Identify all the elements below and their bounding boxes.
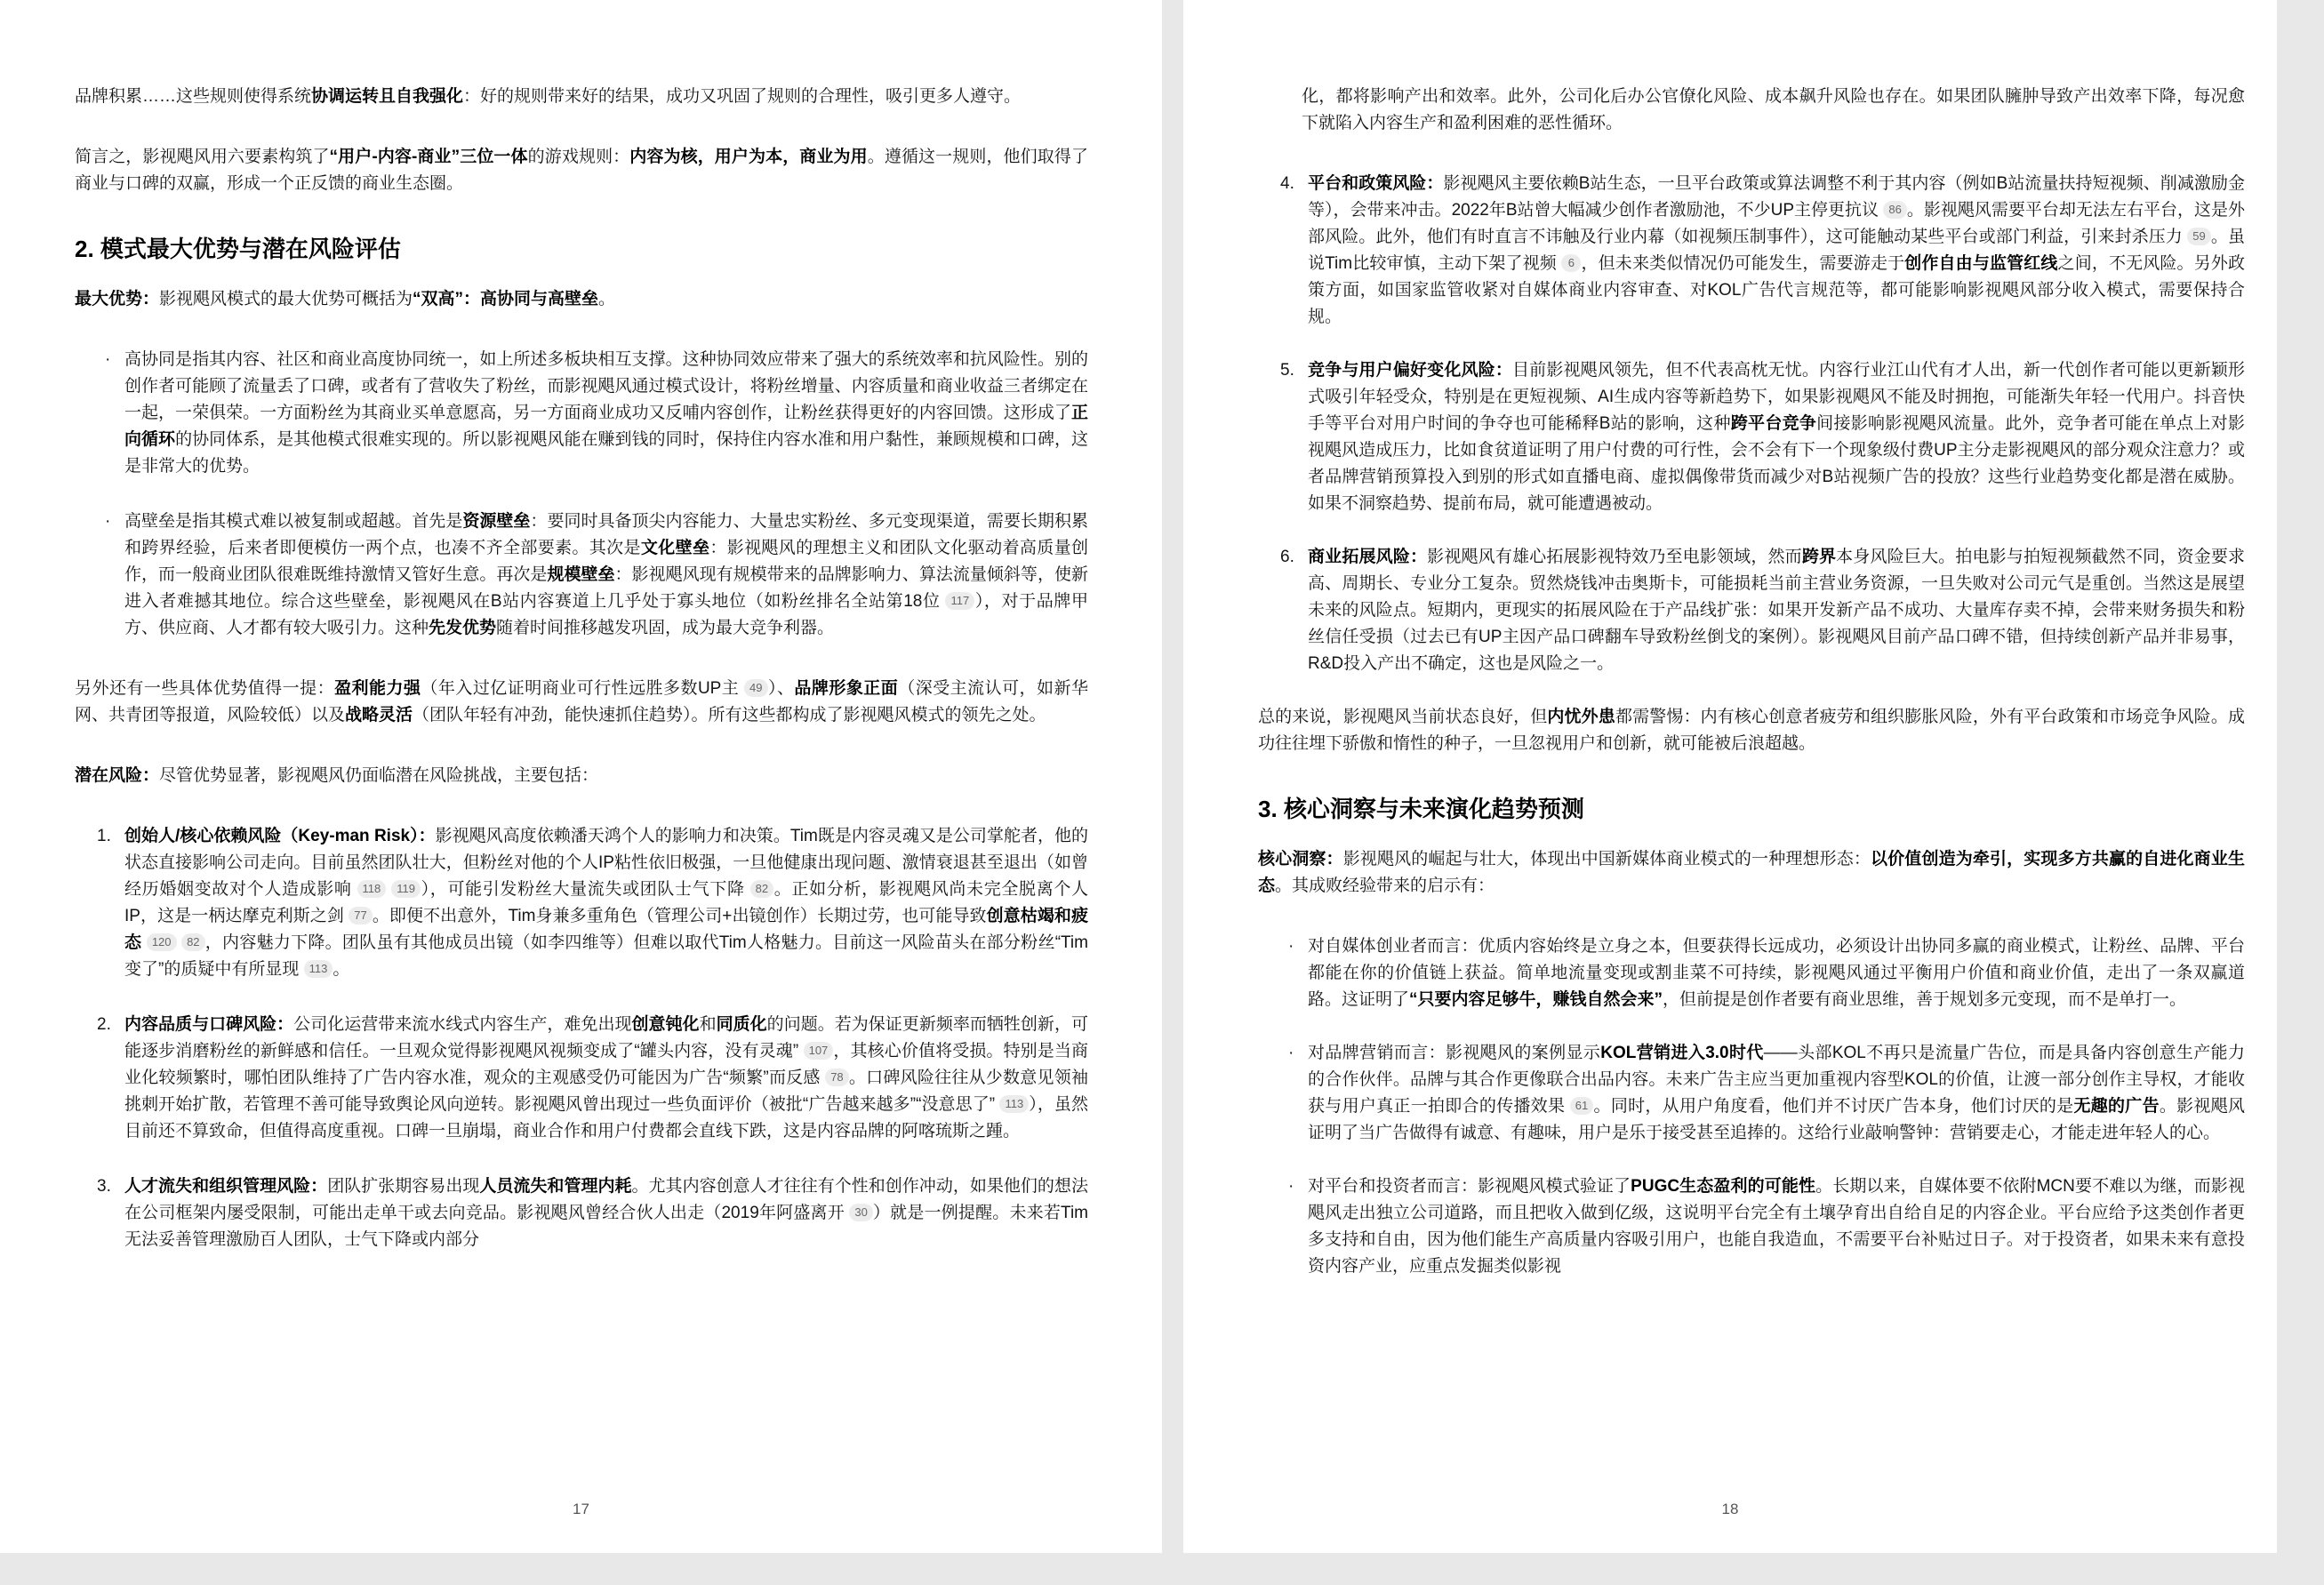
list-item: 4.平台和政策风险：影视飓风主要依赖B站生态，一旦平台政策或算法调整不利于其内容… (1258, 171, 2245, 331)
list-item: 3.人才流失和组织管理风险：团队扩张期容易出现人员流失和管理内耗。尤其内容创意人… (75, 1173, 1088, 1253)
list-item: ·对平台和投资者而言：影视飓风模式验证了PUGC生态盈利的可能性。长期以来，自媒… (1258, 1173, 2245, 1280)
citation-ref[interactable]: 6 (1561, 254, 1581, 272)
text: 。 (333, 960, 349, 979)
bold-text: 创始人/核心依赖风险（Key-man Risk）： (124, 827, 436, 845)
bold-text: 人才流失和组织管理风险： (124, 1177, 327, 1196)
citation-ref[interactable]: 117 (945, 592, 974, 610)
text: 。 (598, 290, 615, 308)
text (141, 933, 147, 952)
list-item: 6.商业拓展风险：影视飓风有雄心拓展影视特效乃至电影领域，然而跨界本身风险巨大。… (1258, 544, 2245, 677)
text: ，内容魅力下降。团队虽有其他成员出镜（如李四维等）但难以取代Tim人格魅力。目前… (124, 933, 1088, 979)
bold-text: 最大优势： (75, 290, 159, 308)
bold-text: “只要内容足够牛，赚钱自然会来” (1409, 990, 1663, 1009)
list-marker: · (105, 347, 110, 373)
citation-ref[interactable]: 120 (147, 933, 177, 951)
citation-ref[interactable]: 59 (2187, 228, 2210, 245)
text: ：好的规则带来好的结果，成功又巩固了规则的合理性，吸引更多人遵守。 (463, 87, 1021, 106)
bold-text: PUGC生态盈利的可能性 (1631, 1177, 1815, 1196)
list-item-text: 人才流失和组织管理风险：团队扩张期容易出现人员流失和管理内耗。尤其内容创意人才往… (124, 1177, 1088, 1249)
list-marker: · (1288, 1040, 1294, 1067)
text: 公司化运营带来流水线式内容生产，难免出现 (293, 1015, 631, 1034)
text: 化，都将影响产出和效率。此外，公司化后办公官僚化风险、成本飙升风险也存在。如果团… (1302, 87, 2245, 132)
bold-text: 无趣的广告 (2073, 1097, 2159, 1116)
citation-ref[interactable]: 82 (181, 933, 204, 951)
list-item-text: 创始人/核心依赖风险（Key-man Risk）：影视飓风高度依赖潘天鸿个人的影… (124, 827, 1088, 979)
list-item-text: 对自媒体创业者而言：优质内容始终是立身之本，但要获得长远成功，必须设计出协同多赢… (1308, 937, 2245, 1009)
bold-text: 跨平台竞争 (1731, 414, 1816, 433)
pdf-viewer: { "document": { "background_color": "#e8… (0, 0, 2324, 1585)
bullet-list: ·高协同是指其内容、社区和商业高度协同统一，如上所述多板块相互支撑。这种协同效应… (75, 347, 1088, 642)
text: 高协同是指其内容、社区和商业高度协同统一，如上所述多板块相互支撑。这种协同效应带… (124, 350, 1088, 422)
paragraph: 潜在风险：尽管优势显著，影视飓风仍面临潜在风险挑战，主要包括： (75, 763, 1088, 789)
paragraph-continued: 化，都将影响产出和效率。此外，公司化后办公官僚化风险、成本飙升风险也存在。如果团… (1258, 84, 2245, 137)
text: 简言之，影视飓风用六要素构筑了 (75, 148, 330, 166)
list-item: ·高协同是指其内容、社区和商业高度协同统一，如上所述多板块相互支撑。这种协同效应… (75, 347, 1088, 480)
list-marker: 3. (97, 1173, 111, 1200)
text: 的游戏规则： (528, 148, 630, 166)
text: 3. 核心洞察与未来演化趋势预测 (1258, 796, 1584, 822)
list-item-text: 对平台和投资者而言：影视飓风模式验证了PUGC生态盈利的可能性。长期以来，自媒体… (1308, 1177, 2245, 1276)
bold-text: 创意钝化 (632, 1015, 700, 1034)
text: 对品牌营销而言：影视飓风的案例显示 (1308, 1044, 1600, 1062)
bold-text: 内忧外患 (1547, 708, 1615, 726)
numbered-list: 4.平台和政策风险：影视飓风主要依赖B站生态，一旦平台政策或算法调整不利于其内容… (1258, 171, 2245, 677)
page-18-content: 化，都将影响产出和效率。此外，公司化后办公官僚化风险、成本飙升风险也存在。如果团… (1183, 0, 2277, 1488)
text: 总的来说，影视飓风当前状态良好，但 (1258, 708, 1547, 726)
text: 影视飓风模式的最大优势可概括为 (159, 290, 413, 308)
text: （年入过亿证明商业可行性远胜多数UP主 (421, 679, 744, 698)
bold-text: 核心洞察： (1258, 850, 1343, 869)
paragraph: 最大优势：影视飓风模式的最大优势可概括为“双高”：高协同与高壁垒。 (75, 286, 1088, 313)
paragraph: 品牌积累……这些规则使得系统协调运转且自我强化：好的规则带来好的结果，成功又巩固… (75, 84, 1088, 110)
text: 影视飓风的崛起与壮大，体现出中国新媒体商业模式的一种理想形态： (1343, 850, 1871, 869)
bold-text: 创作自由与监管红线 (1904, 254, 2057, 273)
text: 和 (700, 1015, 717, 1034)
citation-ref[interactable]: 82 (750, 880, 773, 898)
list-item: 2.内容品质与口碑风险：公司化运营带来流水线式内容生产，难免出现创意钝化和同质化… (75, 1012, 1088, 1145)
bold-text: 跨界 (1802, 548, 1836, 566)
text: 团队扩张期容易出现 (327, 1177, 479, 1196)
text: 随着时间推移越发巩固，成为最大竞争利器。 (496, 619, 834, 637)
text: 2. 模式最大优势与潜在风险评估 (75, 236, 401, 262)
page-17-content: 品牌积累……这些规则使得系统协调运转且自我强化：好的规则带来好的结果，成功又巩固… (0, 0, 1162, 1488)
list-marker: 6. (1280, 544, 1294, 571)
section-heading: 2. 模式最大优势与潜在风险评估 (75, 233, 1088, 265)
list-item: 5.竞争与用户偏好变化风险：目前影视飓风领先，但不代表高枕无忧。内容行业江山代有… (1258, 357, 2245, 517)
text: ），可能引发粉丝大量流失或团队士气下降 (421, 880, 750, 899)
citation-ref[interactable]: 30 (849, 1204, 872, 1221)
text: （团队年轻有冲劲，能快速抓住趋势）。所有这些都构成了影视飓风模式的领先之处。 (413, 706, 1046, 724)
paragraph: 核心洞察：影视飓风的崛起与壮大，体现出中国新媒体商业模式的一种理想形态：以价值创… (1258, 846, 2245, 900)
text: 的协同体系，是其他模式很难实现的。所以影视飓风能在赚到钱的同时，保持住内容水准和… (124, 430, 1088, 476)
bold-text: 竞争与用户偏好变化风险： (1308, 361, 1512, 380)
text: 。其成败经验带来的启示有： (1275, 877, 1495, 895)
bold-text: KOL营销进入3.0时代 (1600, 1044, 1763, 1062)
list-item-text: 平台和政策风险：影视飓风主要依赖B站生态，一旦平台政策或算法调整不利于其内容（例… (1308, 174, 2245, 326)
list-item-text: 内容品质与口碑风险：公司化运营带来流水线式内容生产，难免出现创意钝化和同质化的问… (124, 1015, 1088, 1141)
document-page-18: 化，都将影响产出和效率。此外，公司化后办公官僚化风险、成本飙升风险也存在。如果团… (1183, 0, 2277, 1553)
bold-text: 规模壁垒 (547, 565, 614, 584)
text: ，但前提是创作者要有商业思维，善于规划多元变现，而不是单打一。 (1663, 990, 2186, 1009)
citation-ref[interactable]: 107 (804, 1042, 834, 1060)
text: ，但未来类似情况仍可能发生，需要游走于 (1581, 254, 1904, 273)
text: 影视飓风有雄心拓展影视特效乃至电影领域，然而 (1427, 548, 1802, 566)
list-item-text: 商业拓展风险：影视飓风有雄心拓展影视特效乃至电影领域，然而跨界本身风险巨大。拍电… (1308, 548, 2245, 673)
numbered-list: 1.创始人/核心依赖风险（Key-man Risk）：影视飓风高度依赖潘天鸿个人… (75, 823, 1088, 1253)
bold-text: 商业拓展风险： (1308, 548, 1427, 566)
list-item: ·对自媒体创业者而言：优质内容始终是立身之本，但要获得长远成功，必须设计出协同多… (1258, 933, 2245, 1013)
text: 本身风险巨大。拍电影与拍短视频截然不同，资金要求高、周期长、专业分工复杂。贸然烧… (1308, 548, 2245, 673)
citation-ref[interactable]: 118 (357, 880, 387, 898)
paragraph: 另外还有一些具体优势值得一提：盈利能力强（年入过亿证明商业可行性远胜多数UP主 … (75, 676, 1088, 729)
bold-text: 人员流失和管理内耗 (479, 1177, 631, 1196)
text: 。即便不出意外，Tim身兼多重角色（管理公司+出镜创作）长期过劳，也可能导致 (373, 907, 987, 925)
citation-ref[interactable]: 49 (744, 679, 767, 697)
bold-text: 内容为核，用户为本，商业为用 (629, 148, 867, 166)
list-marker: 4. (1280, 171, 1294, 197)
section-heading: 3. 核心洞察与未来演化趋势预测 (1258, 793, 2245, 825)
page-number: 18 (1183, 1501, 2277, 1518)
list-item-text: 竞争与用户偏好变化风险：目前影视飓风领先，但不代表高枕无忧。内容行业江山代有才人… (1308, 361, 2245, 513)
page-number: 17 (0, 1501, 1162, 1518)
document-page-17: 品牌积累……这些规则使得系统协调运转且自我强化：好的规则带来好的结果，成功又巩固… (0, 0, 1162, 1553)
bold-text: 内容品质与口碑风险： (124, 1015, 293, 1034)
bold-text: 战略灵活 (345, 706, 413, 724)
bold-text: 平台和政策风险： (1308, 174, 1443, 193)
list-marker: 5. (1280, 357, 1294, 384)
list-item-text: 对品牌营销而言：影视飓风的案例显示KOL营销进入3.0时代——头部KOL不再只是… (1308, 1044, 2245, 1142)
citation-ref[interactable]: 86 (1883, 201, 1906, 219)
list-marker: · (1288, 933, 1294, 960)
bold-text: “用户-内容-商业”三位一体 (330, 148, 528, 166)
bold-text: 同质化 (717, 1015, 767, 1034)
text: 尽管优势显著，影视飓风仍面临潜在风险挑战，主要包括： (159, 766, 598, 785)
bold-text: 盈利能力强 (334, 679, 421, 698)
citation-ref[interactable]: 113 (304, 960, 333, 978)
text: ）、 (768, 679, 795, 698)
citation-ref[interactable]: 113 (999, 1095, 1029, 1113)
bold-text: 先发优势 (429, 619, 496, 637)
bold-text: 品牌形象正面 (794, 679, 898, 698)
paragraph: 简言之，影视飓风用六要素构筑了“用户-内容-商业”三位一体的游戏规则：内容为核，… (75, 144, 1088, 197)
citation-ref[interactable]: 77 (349, 907, 372, 925)
bold-text: “双高”：高协同与高壁垒 (413, 290, 598, 308)
text: 品牌积累……这些规则使得系统 (75, 87, 311, 106)
text: 对平台和投资者而言：影视飓风模式验证了 (1308, 1177, 1631, 1196)
list-marker: 2. (97, 1012, 111, 1038)
list-item: ·高壁垒是指其模式难以被复制或超越。首先是资源壁垒：要同时具备顶尖内容能力、大量… (75, 508, 1088, 642)
bold-text: 潜在风险： (75, 766, 159, 785)
citation-ref[interactable]: 78 (825, 1069, 848, 1086)
list-item: 1.创始人/核心依赖风险（Key-man Risk）：影视飓风高度依赖潘天鸿个人… (75, 823, 1088, 983)
text: 。同时，从用户角度看，他们并不讨厌广告本身，他们讨厌的是 (1593, 1097, 2073, 1116)
citation-ref[interactable]: 119 (391, 880, 421, 898)
list-item: ·对品牌营销而言：影视飓风的案例显示KOL营销进入3.0时代——头部KOL不再只… (1258, 1040, 2245, 1147)
list-marker: · (1288, 1173, 1294, 1200)
bullet-list: ·对自媒体创业者而言：优质内容始终是立身之本，但要获得长远成功，必须设计出协同多… (1258, 933, 2245, 1280)
paragraph: 总的来说，影视飓风当前状态良好，但内忧外患都需警惕：内有核心创意者疲劳和组织膨胀… (1258, 704, 2245, 757)
list-item-text: 高协同是指其内容、社区和商业高度协同统一，如上所述多板块相互支撑。这种协同效应带… (124, 350, 1088, 476)
text: 高壁垒是指其模式难以被复制或超越。首先是 (124, 512, 462, 531)
list-marker: 1. (97, 823, 111, 850)
list-item-text: 高壁垒是指其模式难以被复制或超越。首先是资源壁垒：要同时具备顶尖内容能力、大量忠… (124, 512, 1088, 637)
list-marker: · (105, 508, 110, 535)
text: 另外还有一些具体优势值得一提： (75, 679, 334, 698)
bold-text: 文化壁垒 (641, 539, 709, 557)
bold-text: 协调运转且自我强化 (311, 87, 463, 106)
bold-text: 资源壁垒 (462, 512, 530, 531)
citation-ref[interactable]: 61 (1570, 1097, 1593, 1115)
